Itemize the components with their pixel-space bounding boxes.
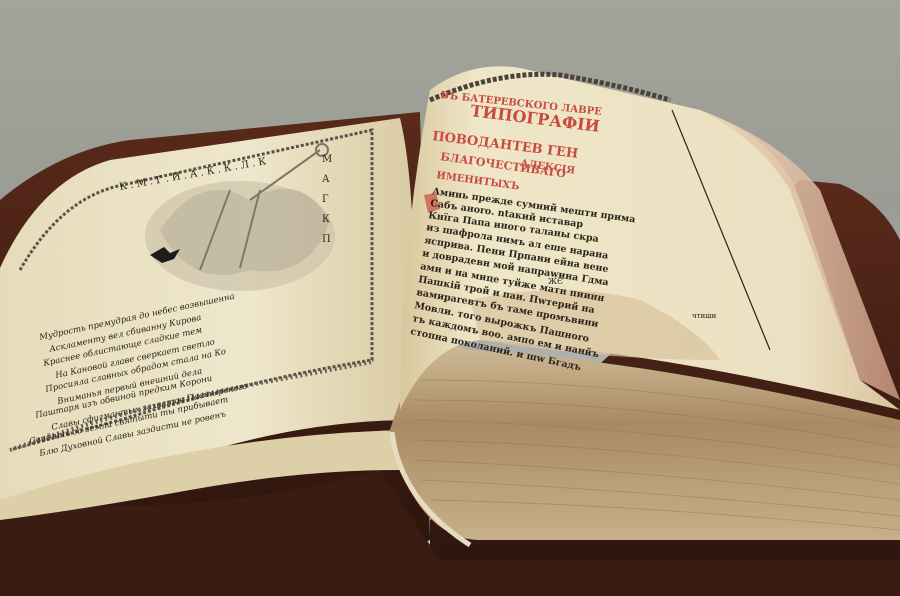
svg-text:ЖЄ: ЖЄ: [548, 277, 563, 286]
svg-text:А: А: [322, 174, 330, 185]
photo-scene: Open antique Church Slavonic book with l…: [0, 0, 900, 596]
svg-text:М: М: [322, 154, 332, 165]
svg-text:Г: Г: [322, 194, 329, 205]
book-illustration: Мудрость премудрая до небес возвышенна А…: [0, 0, 900, 596]
svg-text:чтиши: чтиши: [692, 312, 717, 320]
svg-text:К: К: [322, 214, 330, 225]
svg-text:П: П: [322, 234, 331, 245]
